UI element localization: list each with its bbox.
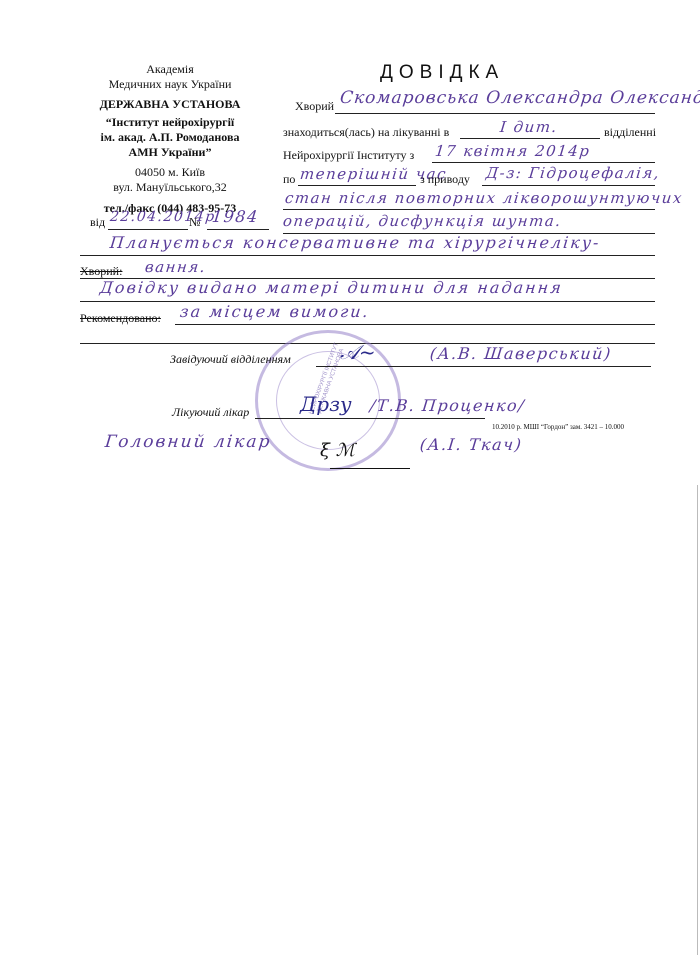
doctor-name: /Т.В. Проценко/	[369, 396, 526, 415]
patient-label-2: Хворий:	[80, 264, 122, 279]
note-line-2: за місцем вимоги.	[179, 302, 371, 321]
org-header: Академія Медичних наук України ДЕРЖАВНА …	[70, 62, 270, 216]
diagnosis-line-3: операцій, дисфункція шунта.	[282, 212, 563, 230]
chief-name: (А.І. Ткач)	[419, 435, 523, 454]
patient-label: Хворий	[295, 99, 334, 114]
doctor-signature: Дрзу	[300, 392, 352, 416]
document-title: ДОВІДКА	[380, 62, 504, 84]
number-value: 1984	[211, 207, 260, 226]
institute-label: Нейрохірургії Інституту з	[283, 148, 414, 163]
stay-label: знаходиться(лась) на лікуванні в	[283, 125, 449, 140]
attending-doctor-label: Лікуючий лікар	[172, 405, 249, 420]
chief-signature: ξ ℳ	[320, 440, 355, 461]
plan-line-2: вання.	[144, 258, 207, 276]
scan-edge	[697, 485, 698, 955]
org-line-street: вул. Мануїльського,32	[70, 180, 270, 195]
head-of-department-label: Завідуючий відділенням	[170, 352, 291, 367]
org-line-postcode: 04050 м. Київ	[70, 165, 270, 180]
org-line-named-after: ім. акад. А.П. Ромоданова	[70, 130, 270, 145]
plan-line-1: Планується консервативне та хірургічнелі…	[109, 233, 602, 252]
org-line-academy-name: Медичних наук України	[70, 77, 270, 92]
org-line-academy: Академія	[70, 62, 270, 77]
diagnosis-line-2: стан після повторних лікворошунтуючих	[284, 189, 684, 207]
patient-name: Скомаровська Олександра Олександрівна, 2…	[339, 88, 700, 108]
department-suffix: відділенні	[604, 125, 656, 140]
org-line-state-institution: ДЕРЖАВНА УСТАНОВА	[70, 97, 270, 112]
reason-label: з приводу	[420, 172, 470, 187]
until-label: по	[283, 172, 295, 187]
diagnosis-line-1: Д-з: Гідроцефалія,	[485, 164, 661, 182]
print-info: 10.2010 р. МШІ “Гордон” зам. 3421 – 10.0…	[492, 423, 624, 431]
chief-doctor-label: Головний лікар	[104, 432, 272, 452]
head-signature: 𝒜~	[340, 340, 376, 364]
number-label: №	[189, 215, 200, 230]
org-line-amn: АМН України”	[70, 145, 270, 160]
head-name: (А.В. Шаверський)	[429, 344, 613, 363]
department-value: I дит.	[499, 118, 559, 136]
date-label: від	[90, 215, 105, 230]
start-date-value: 17 квітня 2014р	[434, 142, 591, 160]
note-line-1: Довідку видано матері дитини для надання	[99, 278, 564, 297]
recommended-label: Рекомендовано:	[80, 311, 161, 326]
org-line-institute: “Інститут нейрохірургії	[70, 115, 270, 130]
